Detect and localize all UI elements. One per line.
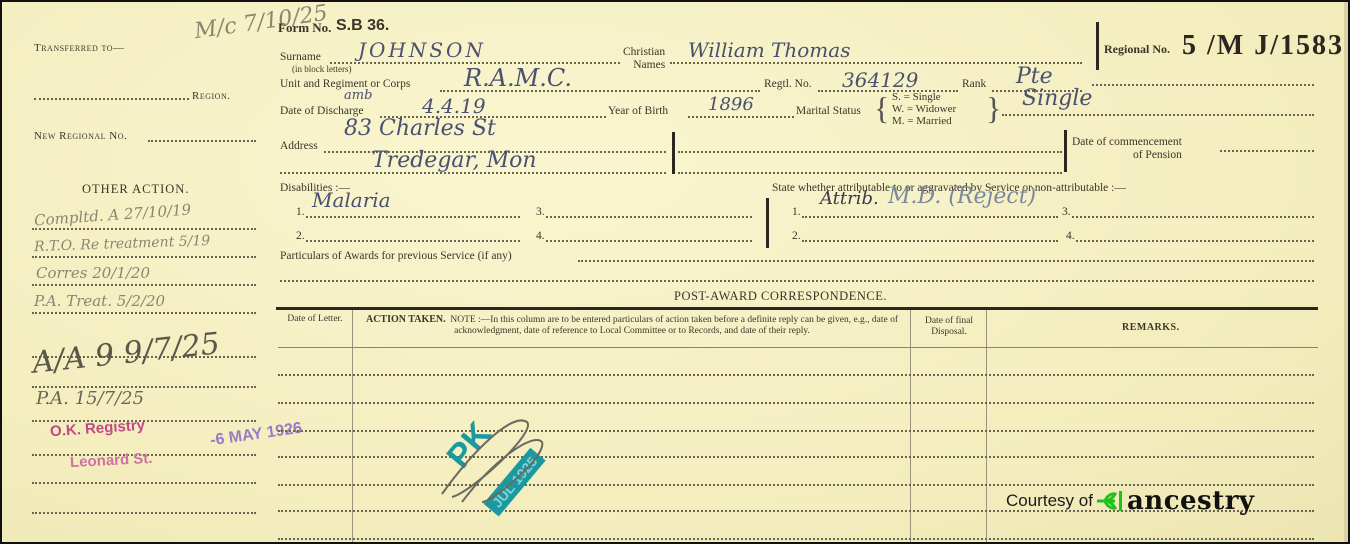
other-action-line [32,228,256,230]
col-header-date-final-disposal: Date of final Disposal. [914,316,984,338]
disability-num: 4. [536,230,545,242]
other-action-entry: P.A. Treat. 5/2/20 [34,292,165,310]
regional-no-value: 5 /M J/1583 [1182,30,1344,62]
regional-divider [1096,22,1099,70]
surname-value: JOHNSON [358,38,486,62]
year-of-birth-label: Year of Birth [608,105,668,117]
transferred-to-label: Transferred to— [34,42,125,54]
watermark-prefix: Courtesy of [1006,491,1093,511]
pension-record-card: Transferred to— M/c 7/10/25 Region. New … [2,2,1348,542]
col-header-action-taken: ACTION TAKEN. NOTE :—In this column are … [364,314,900,337]
column-divider [352,310,353,542]
other-action-line [32,256,256,258]
disability-line [306,240,520,242]
signature-scribble [432,402,552,512]
other-action-entry: P.A. 15/7/25 [36,388,144,409]
marital-value: Single [1022,86,1092,111]
other-action-entry: Compltd. A 27/10/19 [34,201,192,230]
discharge-note: amb [344,88,372,103]
date-stamp: -6 MAY 1926 [209,420,303,451]
disability-line [546,240,752,242]
other-action-line [32,482,256,484]
attributable-num: 1. [792,206,801,218]
new-regional-no-dotted-line [148,140,256,142]
region-label: Region. [192,90,230,102]
watermark-brand: ancestry [1127,486,1255,516]
year-of-birth-line [688,116,794,118]
marital-line [1002,114,1314,116]
attributable-num: 4. [1066,230,1075,242]
other-action-entry: Corres 20/1/20 [36,264,150,282]
other-action-line [32,284,256,286]
address-divider [672,132,675,174]
column-divider [986,310,987,542]
disability-line [306,216,520,218]
disability-num: 1. [296,206,305,218]
form-no-value: S.B 36. [336,17,389,35]
surname-label: Surname [280,51,321,63]
table-row [278,374,1314,376]
regional-no-label: Regional No. [1104,42,1170,57]
disability-divider [766,198,769,248]
column-divider [910,310,911,542]
address-line1-value: 83 Charles St [344,116,496,141]
awards-line-2 [280,280,1314,282]
ancestry-watermark: Courtesy of ancestry [1006,486,1255,516]
regional-line-1 [1092,84,1314,86]
header-bottom-rule [278,347,1318,348]
ancestry-leaf-icon [1095,489,1125,513]
awards-line-1 [578,260,1314,262]
other-action-entry: R.T.O. Re treatment 5/19 [34,233,211,255]
christian-names-value: William Thomas [688,38,850,62]
marital-options: S. = Single W. = Widower M. = Married [892,91,956,127]
address-right-line-2 [678,172,1062,174]
attributable-num: 2. [792,230,801,242]
registry-stamp-line2: Leonard St. [70,450,153,471]
other-action-line [32,312,256,314]
year-of-birth-value: 1896 [708,94,754,115]
form-no-label: Form No. [278,20,331,36]
awards-label: Particulars of Awards for previous Servi… [280,250,512,262]
address-label: Address [280,140,318,152]
other-action-entry: A/A 9 9/7/25 [31,326,222,380]
region-dotted-line [34,98,189,100]
col-header-date-of-letter: Date of Letter. [286,314,344,325]
disability-value: Malaria [312,188,391,212]
other-action-heading: OTHER ACTION. [82,182,189,197]
pension-divider [1064,130,1067,172]
christian-names-label: Christian Names [623,46,665,72]
regtl-no-value: 364129 [842,68,918,92]
col-header-remarks: REMARKS. [1122,322,1180,333]
disability-num: 2. [296,230,305,242]
attributable-value: Attrib. [820,188,879,209]
card-edge [1344,2,1348,542]
rank-label: Rank [962,78,986,90]
marital-open-brace: { [874,92,889,124]
correspondence-top-rule [276,307,1318,310]
marital-status-label: Marital Status [796,105,861,117]
unit-value: R.A.M.C. [464,64,572,92]
regtl-no-label: Regtl. No. [764,78,812,90]
surname-sublabel: (in block letters) [292,64,351,74]
address-right-line-1 [678,151,1062,153]
attributable-num: 3. [1062,206,1071,218]
other-action-line [32,512,256,514]
attributable-line [802,240,1058,242]
discharge-value: 4.4.19 [422,94,486,118]
pension-line [1220,150,1314,152]
pension-commencement-label: Date of commencement of Pension [1072,136,1182,162]
attributable-handwriting: M.D. (Reject) [888,184,1036,209]
correspondence-title: POST-AWARD CORRESPONDENCE. [674,289,887,304]
table-row [278,538,1314,540]
disability-line [546,216,752,218]
attributable-line [802,216,1058,218]
new-regional-no-label: New Regional No. [34,130,127,142]
address-line2-value: Tredegar, Mon [372,148,537,173]
attributable-line [1076,240,1314,242]
marital-close-brace: } [986,92,1001,124]
attributable-line [1072,216,1314,218]
disability-num: 3. [536,206,545,218]
